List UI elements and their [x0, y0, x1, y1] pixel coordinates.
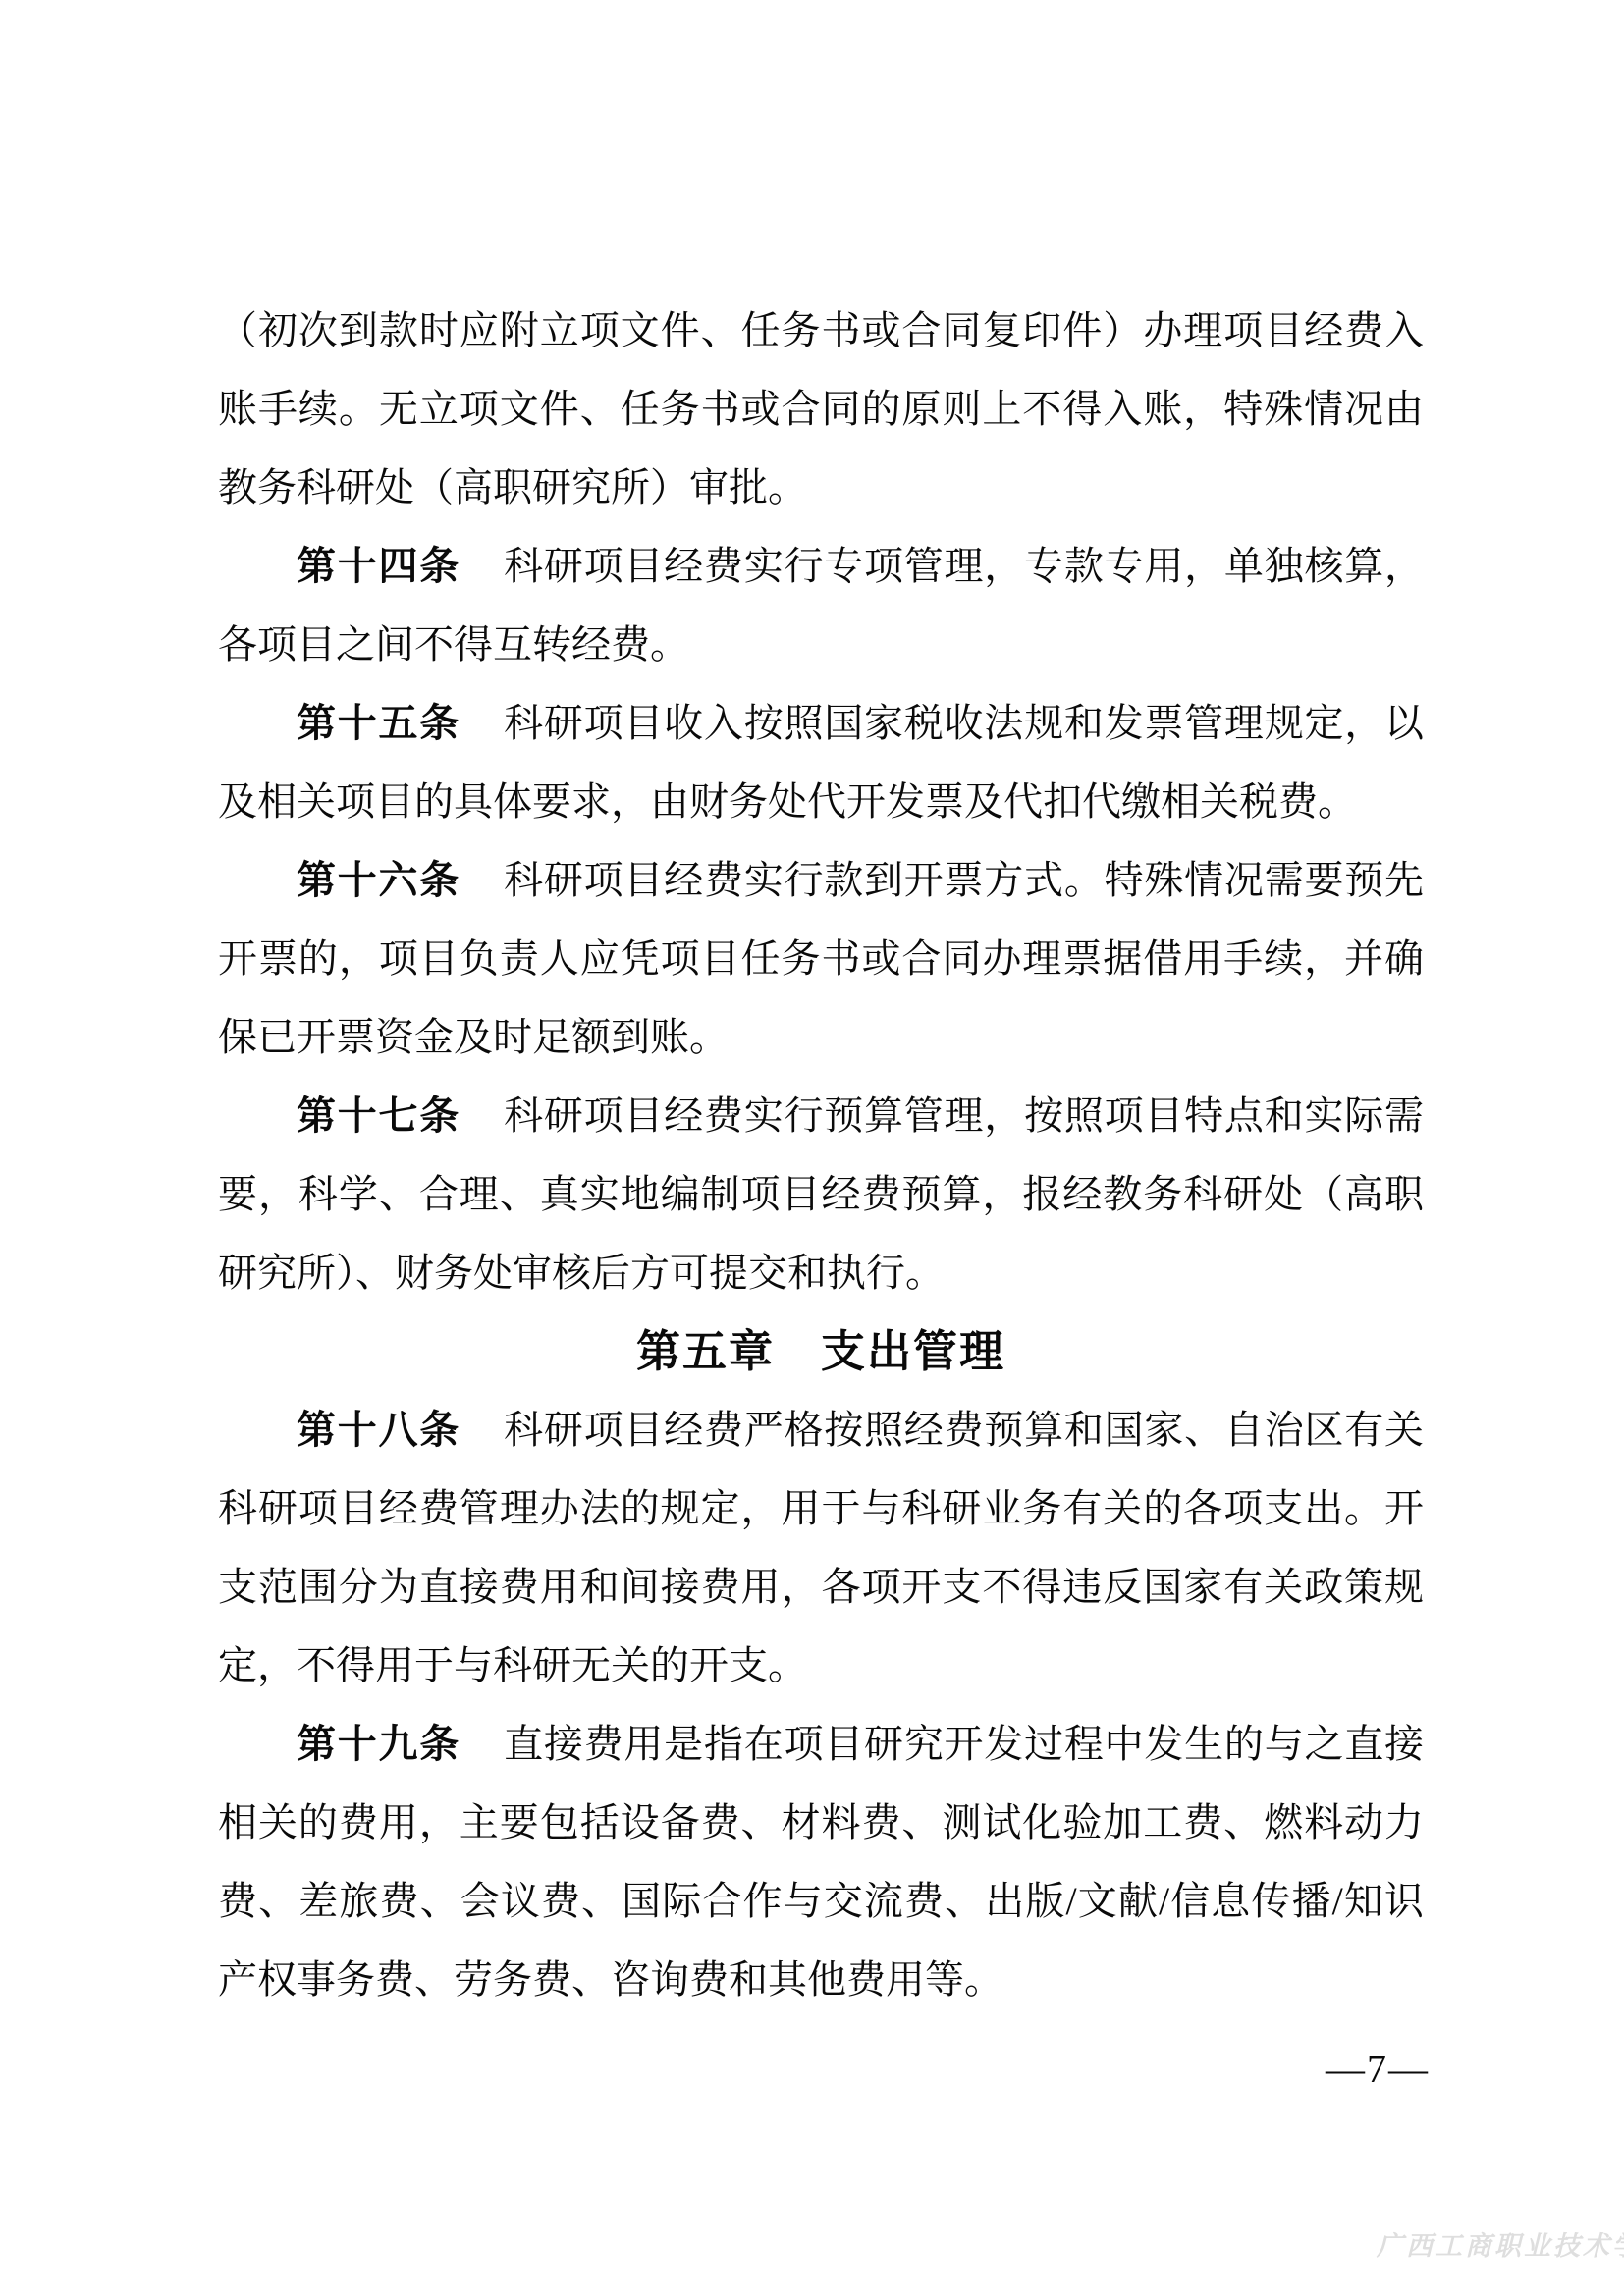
- paragraph-article-19: 第十九条直接费用是指在项目研究开发过程中发生的与之直接相关的费用，主要包括设备费…: [218, 1705, 1424, 2019]
- paragraph-article-18: 第十八条科研项目经费严格按照经费预算和国家、自治区有关科研项目经费管理办法的规定…: [218, 1391, 1424, 1705]
- chapter-heading: 第五章 支出管理: [218, 1312, 1424, 1391]
- article-number: 第十九条: [297, 1723, 460, 1766]
- document-body: （初次到款时应附立项文件、任务书或合同复印件）办理项目经费入账手续。无立项文件、…: [218, 292, 1424, 2019]
- page-number: —7—: [1326, 2048, 1430, 2091]
- paragraph-continuation: （初次到款时应附立项文件、任务书或合同复印件）办理项目经费入账手续。无立项文件、…: [218, 292, 1424, 527]
- document-page: （初次到款时应附立项文件、任务书或合同复印件）办理项目经费入账手续。无立项文件、…: [0, 0, 1624, 2296]
- article-number: 第十六条: [297, 859, 460, 902]
- article-number: 第十五条: [297, 702, 460, 745]
- paragraph-article-14: 第十四条科研项目经费实行专项管理，专款专用，单独核算，各项目之间不得互转经费。: [218, 527, 1424, 684]
- paragraph-article-17: 第十七条科研项目经费实行预算管理，按照项目特点和实际需要，科学、合理、真实地编制…: [218, 1077, 1424, 1312]
- paragraph-article-16: 第十六条科研项目经费实行款到开票方式。特殊情况需要预先开票的，项目负责人应凭项目…: [218, 841, 1424, 1077]
- article-number: 第十八条: [297, 1409, 460, 1452]
- article-number: 第十四条: [297, 545, 460, 588]
- article-number: 第十七条: [297, 1095, 460, 1138]
- paragraph-text: （初次到款时应附立项文件、任务书或合同复印件）办理项目经费入账手续。无立项文件、…: [218, 308, 1424, 509]
- paragraph-article-15: 第十五条科研项目收入按照国家税收法规和发票管理规定，以及相关项目的具体要求，由财…: [218, 684, 1424, 841]
- watermark: 广西工商职业技术学院: [1377, 2230, 1624, 2262]
